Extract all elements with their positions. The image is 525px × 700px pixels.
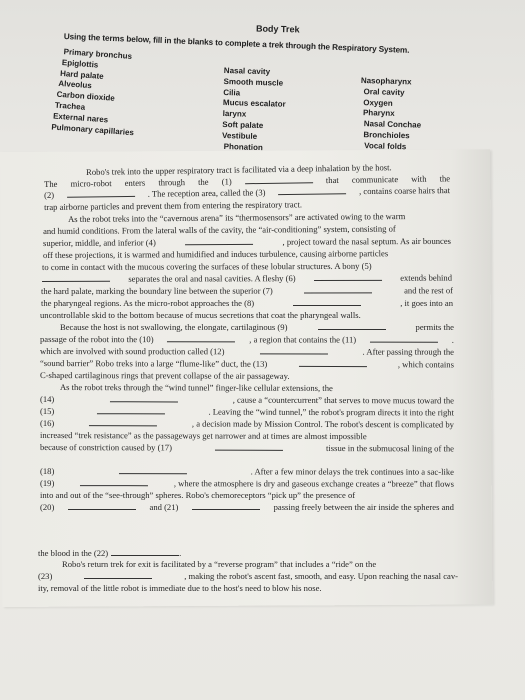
passage-text: the [439,172,450,184]
passage-text: , contains coarse hairs that [359,184,450,197]
answer-blank[interactable] [89,417,157,426]
passage-text: . Leaving the “wind tunnel,” the robot's… [208,406,454,419]
passage-text: (2) [44,189,54,201]
passage-text: , project toward the nasal septum. As ai… [282,235,451,248]
answer-blank[interactable] [278,185,346,195]
passage-text: ity, removal of the little robot is imme… [38,583,322,593]
word-bank-column-3: Nasopharynx Oral cavity Oxygen Pharynx N… [359,76,422,153]
passage-line: passage of the robot into the (10), a re… [40,333,454,346]
passage-text: . After passing through the [363,346,454,358]
passage-text: into and out of the “see-through” sphere… [40,489,355,501]
passage-text: because of constriction caused by (17) [40,441,172,454]
passage-line: (19), where the atmosphere is dry and ga… [40,477,454,490]
passage-line: ity, removal of the little robot is imme… [38,582,458,594]
passage-text: . After a few minor delays the trek cont… [251,465,454,478]
worksheet-header: Body Trek Using the terms below, fill in… [0,0,525,165]
passage-line: (18). After a few minor delays the trek … [40,465,454,478]
passage-text: . [452,334,454,346]
answer-blank[interactable] [299,358,367,367]
answer-blank[interactable] [167,333,235,342]
worksheet-photo: Body Trek Using the terms below, fill in… [0,0,525,700]
passage-text: that [326,174,339,186]
word-bank-column-2: Nasal cavity Smooth muscle Cilia Mucus e… [222,66,287,154]
passage-text: . [179,548,181,558]
answer-blank[interactable] [118,465,186,474]
passage-text: (18) [40,465,54,477]
passage-text: Because the host is not swallowing, the … [60,321,287,333]
word-bank-column-1: Primary bronchus Epiglottis Hard palate … [56,47,140,139]
answer-blank[interactable] [245,174,313,184]
passage-text: , where the atmosphere is dry and gaseou… [174,477,454,490]
passage-text: uncontrollable skid to the bottom becaus… [40,309,361,321]
answer-blank[interactable] [370,334,438,343]
passage-text: (20) [40,501,54,513]
answer-blank[interactable] [42,273,110,282]
passage-text: , cause a “countercurrent” that serves t… [233,394,454,407]
answer-blank[interactable] [67,188,135,198]
passage-text: (14) [40,393,54,405]
passage-text: “sound barrier” Robo treks into a large … [40,357,267,370]
answer-blank[interactable] [68,501,136,510]
answer-blank[interactable] [110,393,178,402]
passage-text: , a region that contains the (11) [249,333,356,345]
passage-text: and (21) [150,501,179,513]
answer-blank[interactable] [185,236,253,245]
passage-line: the hard palate, marking the boundary li… [41,284,453,297]
passage-text: (16) [40,417,54,429]
answer-blank[interactable] [293,297,361,306]
passage-text: (23) [38,570,52,582]
answer-blank[interactable] [80,477,148,486]
passage-text: permits the [416,321,454,333]
passage-text: passage of the robot into the (10) [40,333,154,345]
passage-text: (19) [40,477,54,489]
worksheet-title: Body Trek [256,24,300,35]
passage-text: extends behind [400,272,452,284]
passage-text: (15) [40,405,54,417]
passage-text: the hard palate, marking the boundary li… [41,285,273,298]
passage-text: trap airborne particles and prevent them… [44,199,302,212]
passage-text: the pharyngeal regions. As the micro-rob… [41,297,254,309]
answer-blank[interactable] [84,570,152,579]
passage-line: which are involved with sound production… [40,345,454,358]
passage-line: because of constriction caused by (17)ti… [40,441,454,455]
passage-line: separates the oral and nasal cavities. A… [42,272,452,286]
passage-text: and the rest of [404,284,453,296]
answer-blank[interactable] [111,547,179,556]
passage-text: superior, middle, and inferior (4) [43,236,156,249]
answer-blank[interactable] [318,321,386,330]
passage-text: which are involved with sound production… [40,345,225,357]
passage-text: Robo's return trek for exit is facilitat… [62,558,376,570]
passage-line: Robo's return trek for exit is facilitat… [62,558,458,570]
passage-text: , which contains [398,358,454,370]
answer-blank[interactable] [314,272,382,281]
passage-line: (23), making the robot's ascent fast, sm… [38,570,458,582]
answer-blank[interactable] [215,442,283,451]
answer-blank[interactable] [304,284,372,293]
answer-blank[interactable] [192,501,260,510]
passage-text: C-shaped cartilaginous rings that preven… [40,370,290,381]
passage-text: the blood in the (22) [38,548,108,558]
passage-text: , making the robot's ascent fast, smooth… [184,570,458,582]
passage-text: . The reception area, called the (3) [148,186,266,200]
passage-text: , it goes into an [400,297,453,309]
passage-line: uncontrollable skid to the bottom becaus… [40,309,454,321]
passage-text: As the robot treks through the “wind tun… [60,381,333,394]
passage-text: separates the oral and nasal cavities. A… [128,272,295,285]
passage-line: into and out of the “see-through” sphere… [40,489,454,501]
passage-text: , a decision made by Mission Control. Th… [192,418,454,431]
passage-line: Because the host is not swallowing, the … [60,321,454,333]
passage-text: passing freely between the air inside th… [274,501,454,513]
answer-blank[interactable] [260,345,328,354]
passage-text: tissue in the submucosal lining of the [326,442,454,455]
passage-line: (20)and (21)passing freely between the a… [40,501,454,513]
answer-blank[interactable] [97,405,165,414]
passage-text: with [411,173,426,185]
passage-line: the pharyngeal regions. As the micro-rob… [41,297,453,309]
